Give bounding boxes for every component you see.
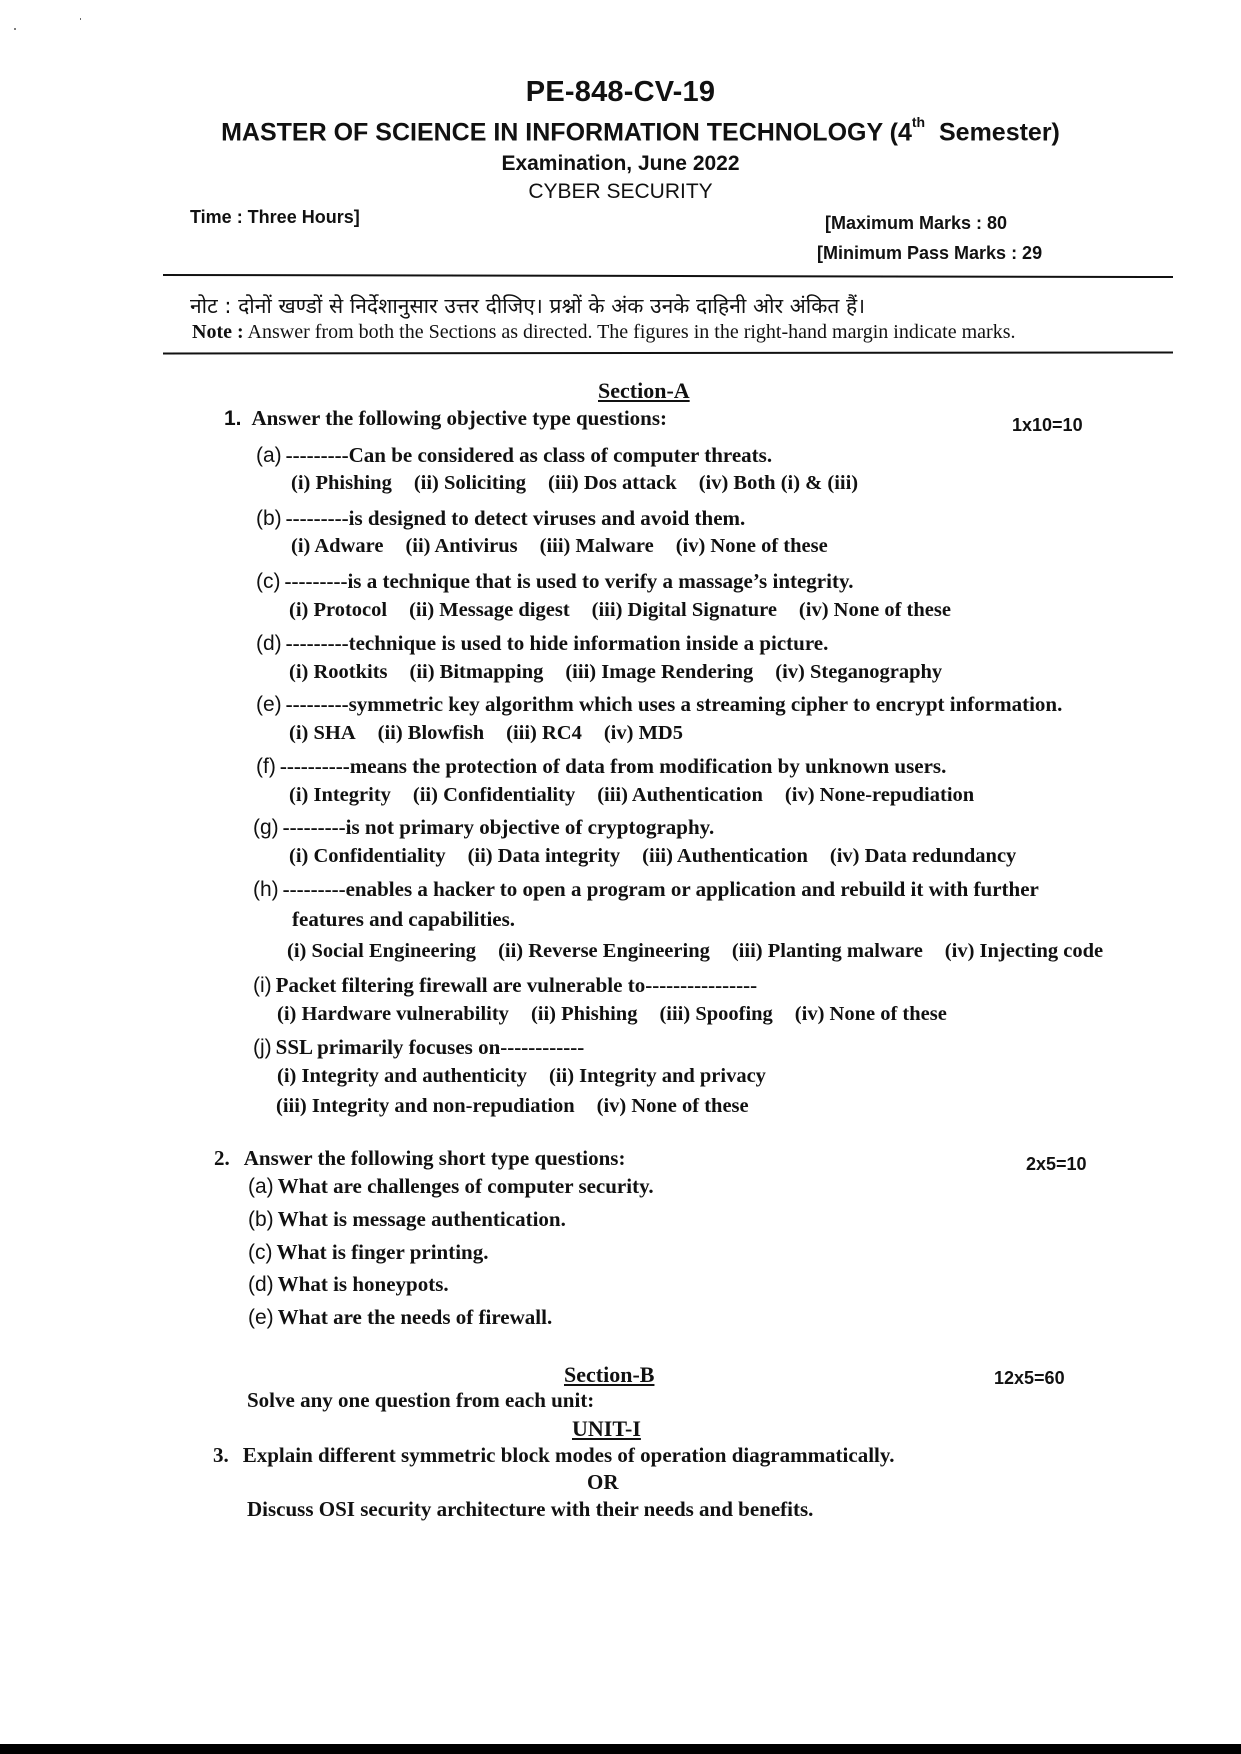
question-text: Answer the following short type question… <box>244 1146 626 1170</box>
answer-option: (iii) Integrity and non-repudiation <box>276 1095 575 1117</box>
answer-option: (iv) None-repudiation <box>785 784 974 806</box>
question-1-marks: 1x10=10 <box>1012 415 1083 436</box>
question-text: ---------is designed to detect viruses a… <box>286 506 746 530</box>
question-2-marks: 2x5=10 <box>1026 1154 1087 1175</box>
objective-question: (h) ---------enables a hacker to open a … <box>253 877 1039 902</box>
answer-options: (iii) Integrity and non-repudiation(iv) … <box>276 1095 771 1118</box>
minimum-pass-marks: [Minimum Pass Marks : 29 <box>817 243 1042 264</box>
objective-question: (i) Packet filtering firewall are vulner… <box>253 973 757 998</box>
question-text-continued: features and capabilities. <box>292 907 515 932</box>
time-allowed: Time : Three Hours] <box>190 207 360 228</box>
answer-option: (i) Confidentiality <box>289 845 446 867</box>
objective-question: (d) ---------technique is used to hide i… <box>256 631 828 656</box>
answer-option: (i) Phishing <box>291 472 392 494</box>
note-hindi: नोट : दोनों खण्डों से निर्देशानुसार उत्त… <box>190 292 865 320</box>
question-text: SSL primarily focuses on------------ <box>276 1035 585 1059</box>
question-text: ---------enables a hacker to open a prog… <box>283 877 1039 901</box>
short-question: (c) What is finger printing. <box>248 1240 488 1265</box>
answer-option: (iv) Data redundancy <box>830 845 1016 867</box>
answer-option: (iii) Planting malware <box>732 940 923 962</box>
question-text: Packet filtering firewall are vulnerable… <box>276 973 757 997</box>
question-2: 2. Answer the following short type quest… <box>214 1146 625 1171</box>
answer-option: (iii) RC4 <box>506 722 582 744</box>
section-b-instruction: Solve any one question from each unit: <box>247 1388 594 1413</box>
maximum-marks: [Maximum Marks : 80 <box>825 213 1007 234</box>
question-text: ---------is a technique that is used to … <box>285 569 854 593</box>
answer-option: (i) Adware <box>291 535 383 557</box>
question-label: (a) <box>248 1175 274 1198</box>
question-text: ---------is not primary objective of cry… <box>283 815 715 839</box>
answer-option: (ii) Integrity and privacy <box>549 1065 766 1087</box>
question-label: (c) <box>248 1241 273 1264</box>
question-text: What is honeypots. <box>278 1272 449 1296</box>
question-1: 1. Answer the following objective type q… <box>224 406 667 431</box>
question-text: ----------means the protection of data f… <box>280 754 947 778</box>
answer-option: (i) Social Engineering <box>287 940 476 962</box>
answer-options: (i) Rootkits(ii) Bitmapping(iii) Image R… <box>289 661 964 684</box>
question-3-alternative: Discuss OSI security architecture with t… <box>247 1497 813 1522</box>
question-text: What is finger printing. <box>277 1240 489 1264</box>
answer-option: (iii) Image Rendering <box>565 661 753 683</box>
scan-speck <box>14 28 16 30</box>
answer-option: (iii) Spoofing <box>659 1003 772 1025</box>
answer-option: (iv) None of these <box>676 535 828 557</box>
answer-option: (ii) Reverse Engineering <box>498 940 710 962</box>
answer-option: (ii) Antivirus <box>405 535 517 557</box>
section-a-title: Section-A <box>598 378 690 404</box>
answer-options: (i) Social Engineering(ii) Reverse Engin… <box>287 940 1125 963</box>
degree-title: MASTER OF SCIENCE IN INFORMATION TECHNOL… <box>20 118 1241 147</box>
answer-option: (iii) Dos attack <box>548 472 677 494</box>
question-label: (f) <box>256 755 276 778</box>
answer-option: (iii) Malware <box>540 535 654 557</box>
question-label: (d) <box>248 1273 274 1296</box>
question-label: (j) <box>253 1036 272 1059</box>
objective-question: (c) ---------is a technique that is used… <box>256 569 854 594</box>
question-label: (i) <box>253 974 272 997</box>
question-text: What is message authentication. <box>278 1207 566 1231</box>
question-label: (e) <box>248 1306 274 1329</box>
answer-options: (i) Integrity(ii) Confidentiality(iii) A… <box>289 784 996 807</box>
question-label: (h) <box>253 878 279 901</box>
answer-option: (i) Integrity and authenticity <box>277 1065 527 1087</box>
question-label: (b) <box>248 1208 274 1231</box>
answer-option: (iv) None of these <box>795 1003 947 1025</box>
answer-option: (ii) Message digest <box>409 599 570 621</box>
objective-question: (j) SSL primarily focuses on------------ <box>253 1035 584 1060</box>
objective-question: (a) ---------Can be considered as class … <box>256 443 772 468</box>
subject-title: CYBER SECURITY <box>0 180 1241 204</box>
answer-option: (ii) Confidentiality <box>413 784 575 806</box>
question-text: ---------technique is used to hide infor… <box>286 631 829 655</box>
divider-top <box>163 274 1173 278</box>
paper-code: PE-848-CV-19 <box>0 76 1241 109</box>
answer-options: (i) Adware(ii) Antivirus(iii) Malware(iv… <box>291 535 850 558</box>
question-label: (a) <box>256 444 282 467</box>
answer-option: (iv) Steganography <box>775 661 942 683</box>
objective-question: (g) ---------is not primary objective of… <box>253 815 714 840</box>
question-number: 2. <box>214 1146 230 1170</box>
question-text: Answer the following objective type ques… <box>252 406 668 430</box>
objective-question: (b) ---------is designed to detect virus… <box>256 506 745 531</box>
answer-option: (i) SHA <box>289 722 356 744</box>
examination-session: Examination, June 2022 <box>0 152 1241 176</box>
answer-option: (i) Rootkits <box>289 661 388 683</box>
short-question: (a) What are challenges of computer secu… <box>248 1174 654 1199</box>
answer-option: (ii) Blowfish <box>378 722 485 744</box>
short-question: (d) What is honeypots. <box>248 1272 449 1297</box>
question-text: What are challenges of computer security… <box>278 1174 654 1198</box>
answer-option: (iv) None of these <box>799 599 951 621</box>
question-3: 3. Explain different symmetric block mod… <box>213 1443 894 1468</box>
or-separator: OR <box>587 1470 619 1495</box>
divider-bottom <box>163 351 1173 354</box>
answer-option: (ii) Data integrity <box>468 845 621 867</box>
answer-options: (i) Confidentiality(ii) Data integrity(i… <box>289 845 1038 868</box>
answer-option: (iii) Digital Signature <box>592 599 777 621</box>
note-english: Note : Answer from both the Sections as … <box>192 321 1016 344</box>
question-text: ---------Can be considered as class of c… <box>286 443 772 467</box>
short-question: (b) What is message authentication. <box>248 1207 566 1232</box>
question-label: (g) <box>253 816 279 839</box>
answer-options: (i) Integrity and authenticity(ii) Integ… <box>277 1065 788 1088</box>
scan-border-bottom <box>0 1744 1241 1754</box>
degree-sup: th <box>912 114 925 130</box>
answer-options: (i) Protocol(ii) Message digest(iii) Dig… <box>289 599 973 622</box>
degree-title-text: MASTER OF SCIENCE IN INFORMATION TECHNOL… <box>221 118 912 146</box>
unit-1-title: UNIT-I <box>572 1416 641 1442</box>
answer-option: (iii) Authentication <box>642 845 808 867</box>
answer-option: (i) Hardware vulnerability <box>277 1003 509 1025</box>
question-label: (d) <box>256 632 282 655</box>
answer-option: (i) Integrity <box>289 784 391 806</box>
question-text: ---------symmetric key algorithm which u… <box>286 692 1063 716</box>
question-label: (e) <box>256 693 282 716</box>
answer-option: (ii) Phishing <box>531 1003 638 1025</box>
answer-option: (ii) Soliciting <box>414 472 526 494</box>
question-number: 3. <box>213 1443 229 1467</box>
answer-option: (iv) MD5 <box>604 722 683 744</box>
short-question: (e) What are the needs of firewall. <box>248 1305 552 1330</box>
question-text: Explain different symmetric block modes … <box>243 1443 895 1467</box>
answer-options: (i) Hardware vulnerability(ii) Phishing(… <box>277 1003 969 1026</box>
answer-options: (i) Phishing(ii) Soliciting(iii) Dos att… <box>291 472 880 495</box>
question-text: What are the needs of firewall. <box>278 1305 553 1329</box>
question-label: (c) <box>256 570 281 593</box>
exam-paper-page: PE-848-CV-19 MASTER OF SCIENCE IN INFORM… <box>0 0 1241 1754</box>
question-number: 1. <box>224 407 242 430</box>
answer-option: (i) Protocol <box>289 599 387 621</box>
note-label: Note : <box>192 321 244 343</box>
answer-options: (i) SHA(ii) Blowfish(iii) RC4(iv) MD5 <box>289 722 705 745</box>
answer-option: (iv) Both (i) & (iii) <box>699 472 858 494</box>
answer-option: (iv) None of these <box>597 1095 749 1117</box>
note-text: Answer from both the Sections as directe… <box>244 321 1016 343</box>
section-b-marks: 12x5=60 <box>994 1368 1065 1389</box>
question-label: (b) <box>256 507 282 530</box>
scan-speck <box>80 18 81 20</box>
answer-option: (ii) Bitmapping <box>410 661 544 683</box>
answer-option: (iv) Injecting code <box>945 940 1103 962</box>
degree-title-suffix: Semester) <box>925 118 1060 146</box>
objective-question: (f) ----------means the protection of da… <box>256 754 946 779</box>
answer-option: (iii) Authentication <box>597 784 763 806</box>
objective-question: (e) ---------symmetric key algorithm whi… <box>256 692 1062 717</box>
section-b-title: Section-B <box>564 1362 654 1388</box>
